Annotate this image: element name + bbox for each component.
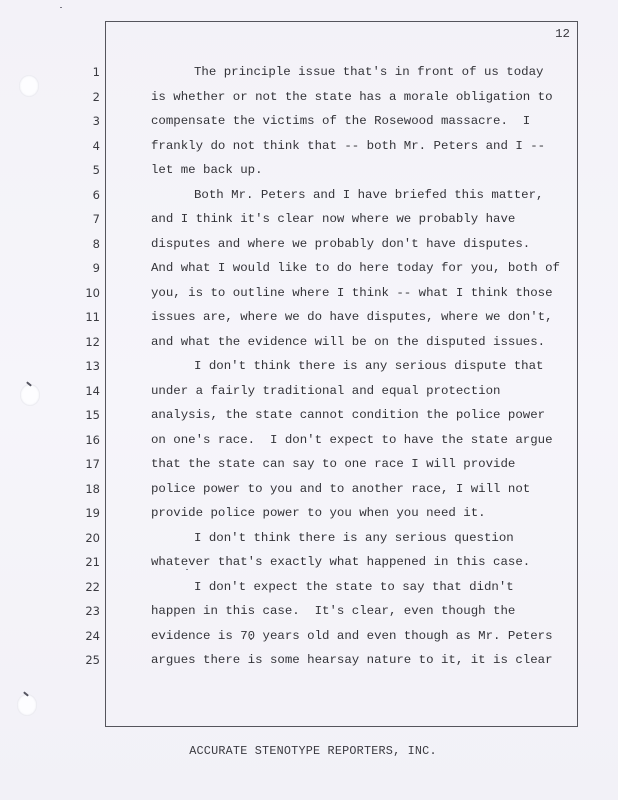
transcript-line: argues there is some hearsay nature to i… xyxy=(151,650,581,675)
line-number: 21 xyxy=(60,552,100,577)
line-number: 15 xyxy=(60,405,100,430)
transcript-line: let me back up. xyxy=(151,160,581,185)
transcript-line: frankly do not think that -- both Mr. Pe… xyxy=(151,136,581,161)
line-number: 9 xyxy=(60,258,100,283)
transcript-line: that the state can say to one race I wil… xyxy=(151,454,581,479)
line-number: 16 xyxy=(60,430,100,455)
transcript-line: I don't think there is any serious dispu… xyxy=(151,356,581,381)
transcript-line: on one's race. I don't expect to have th… xyxy=(151,430,581,455)
reporter-footer: ACCURATE STENOTYPE REPORTERS, INC. xyxy=(0,744,618,758)
line-number: 19 xyxy=(60,503,100,528)
line-number: 24 xyxy=(60,626,100,651)
line-number: 10 xyxy=(60,283,100,308)
page-number: 12 xyxy=(555,27,570,41)
line-number: 14 xyxy=(60,381,100,406)
line-number: 4 xyxy=(60,136,100,161)
line-number: 3 xyxy=(60,111,100,136)
transcript-line: analysis, the state cannot condition the… xyxy=(151,405,581,430)
line-number: 20 xyxy=(60,528,100,553)
transcript-line: police power to you and to another race,… xyxy=(151,479,581,504)
line-number: 17 xyxy=(60,454,100,479)
line-number: 13 xyxy=(60,356,100,381)
line-number: 8 xyxy=(60,234,100,259)
transcript-line: disputes and where we probably don't hav… xyxy=(151,234,581,259)
punch-hole xyxy=(20,384,40,406)
transcript-line: is whether or not the state has a morale… xyxy=(151,87,581,112)
line-number: 11 xyxy=(60,307,100,332)
paper-tear-mark xyxy=(23,691,29,696)
line-number: 12 xyxy=(60,332,100,357)
transcript-line: whatever that's exactly what happened in… xyxy=(151,552,581,577)
transcript-line: The principle issue that's in front of u… xyxy=(151,62,581,87)
transcript-line: happen in this case. It's clear, even th… xyxy=(151,601,581,626)
punch-hole xyxy=(19,75,39,97)
transcript-line: under a fairly traditional and equal pro… xyxy=(151,381,581,406)
transcript-line: Both Mr. Peters and I have briefed this … xyxy=(151,185,581,210)
line-number: 23 xyxy=(60,601,100,626)
punch-hole xyxy=(17,694,37,716)
line-number: 5 xyxy=(60,160,100,185)
line-number: 7 xyxy=(60,209,100,234)
transcript-line: and I think it's clear now where we prob… xyxy=(151,209,581,234)
transcript-line: issues are, where we do have disputes, w… xyxy=(151,307,581,332)
line-number: 18 xyxy=(60,479,100,504)
line-number: 25 xyxy=(60,650,100,675)
line-number: 6 xyxy=(60,185,100,210)
transcript-line: evidence is 70 years old and even though… xyxy=(151,626,581,651)
line-number: 2 xyxy=(60,87,100,112)
transcript-line: I don't think there is any serious quest… xyxy=(151,528,581,553)
transcript-body: The principle issue that's in front of u… xyxy=(151,62,581,675)
transcript-line: you, is to outline where I think -- what… xyxy=(151,283,581,308)
transcript-line: And what I would like to do here today f… xyxy=(151,258,581,283)
paper-tear-mark xyxy=(26,381,32,386)
transcript-page: 12 1234567891011121314151617181920212223… xyxy=(0,0,618,800)
transcript-line: I don't expect the state to say that did… xyxy=(151,577,581,602)
line-number: 22 xyxy=(60,577,100,602)
transcript-line: compensate the victims of the Rosewood m… xyxy=(151,111,581,136)
transcript-line: provide police power to you when you nee… xyxy=(151,503,581,528)
transcript-line: and what the evidence will be on the dis… xyxy=(151,332,581,357)
line-number: 1 xyxy=(60,62,100,87)
scan-speck xyxy=(60,7,62,8)
line-number-column: 1234567891011121314151617181920212223242… xyxy=(60,62,100,675)
